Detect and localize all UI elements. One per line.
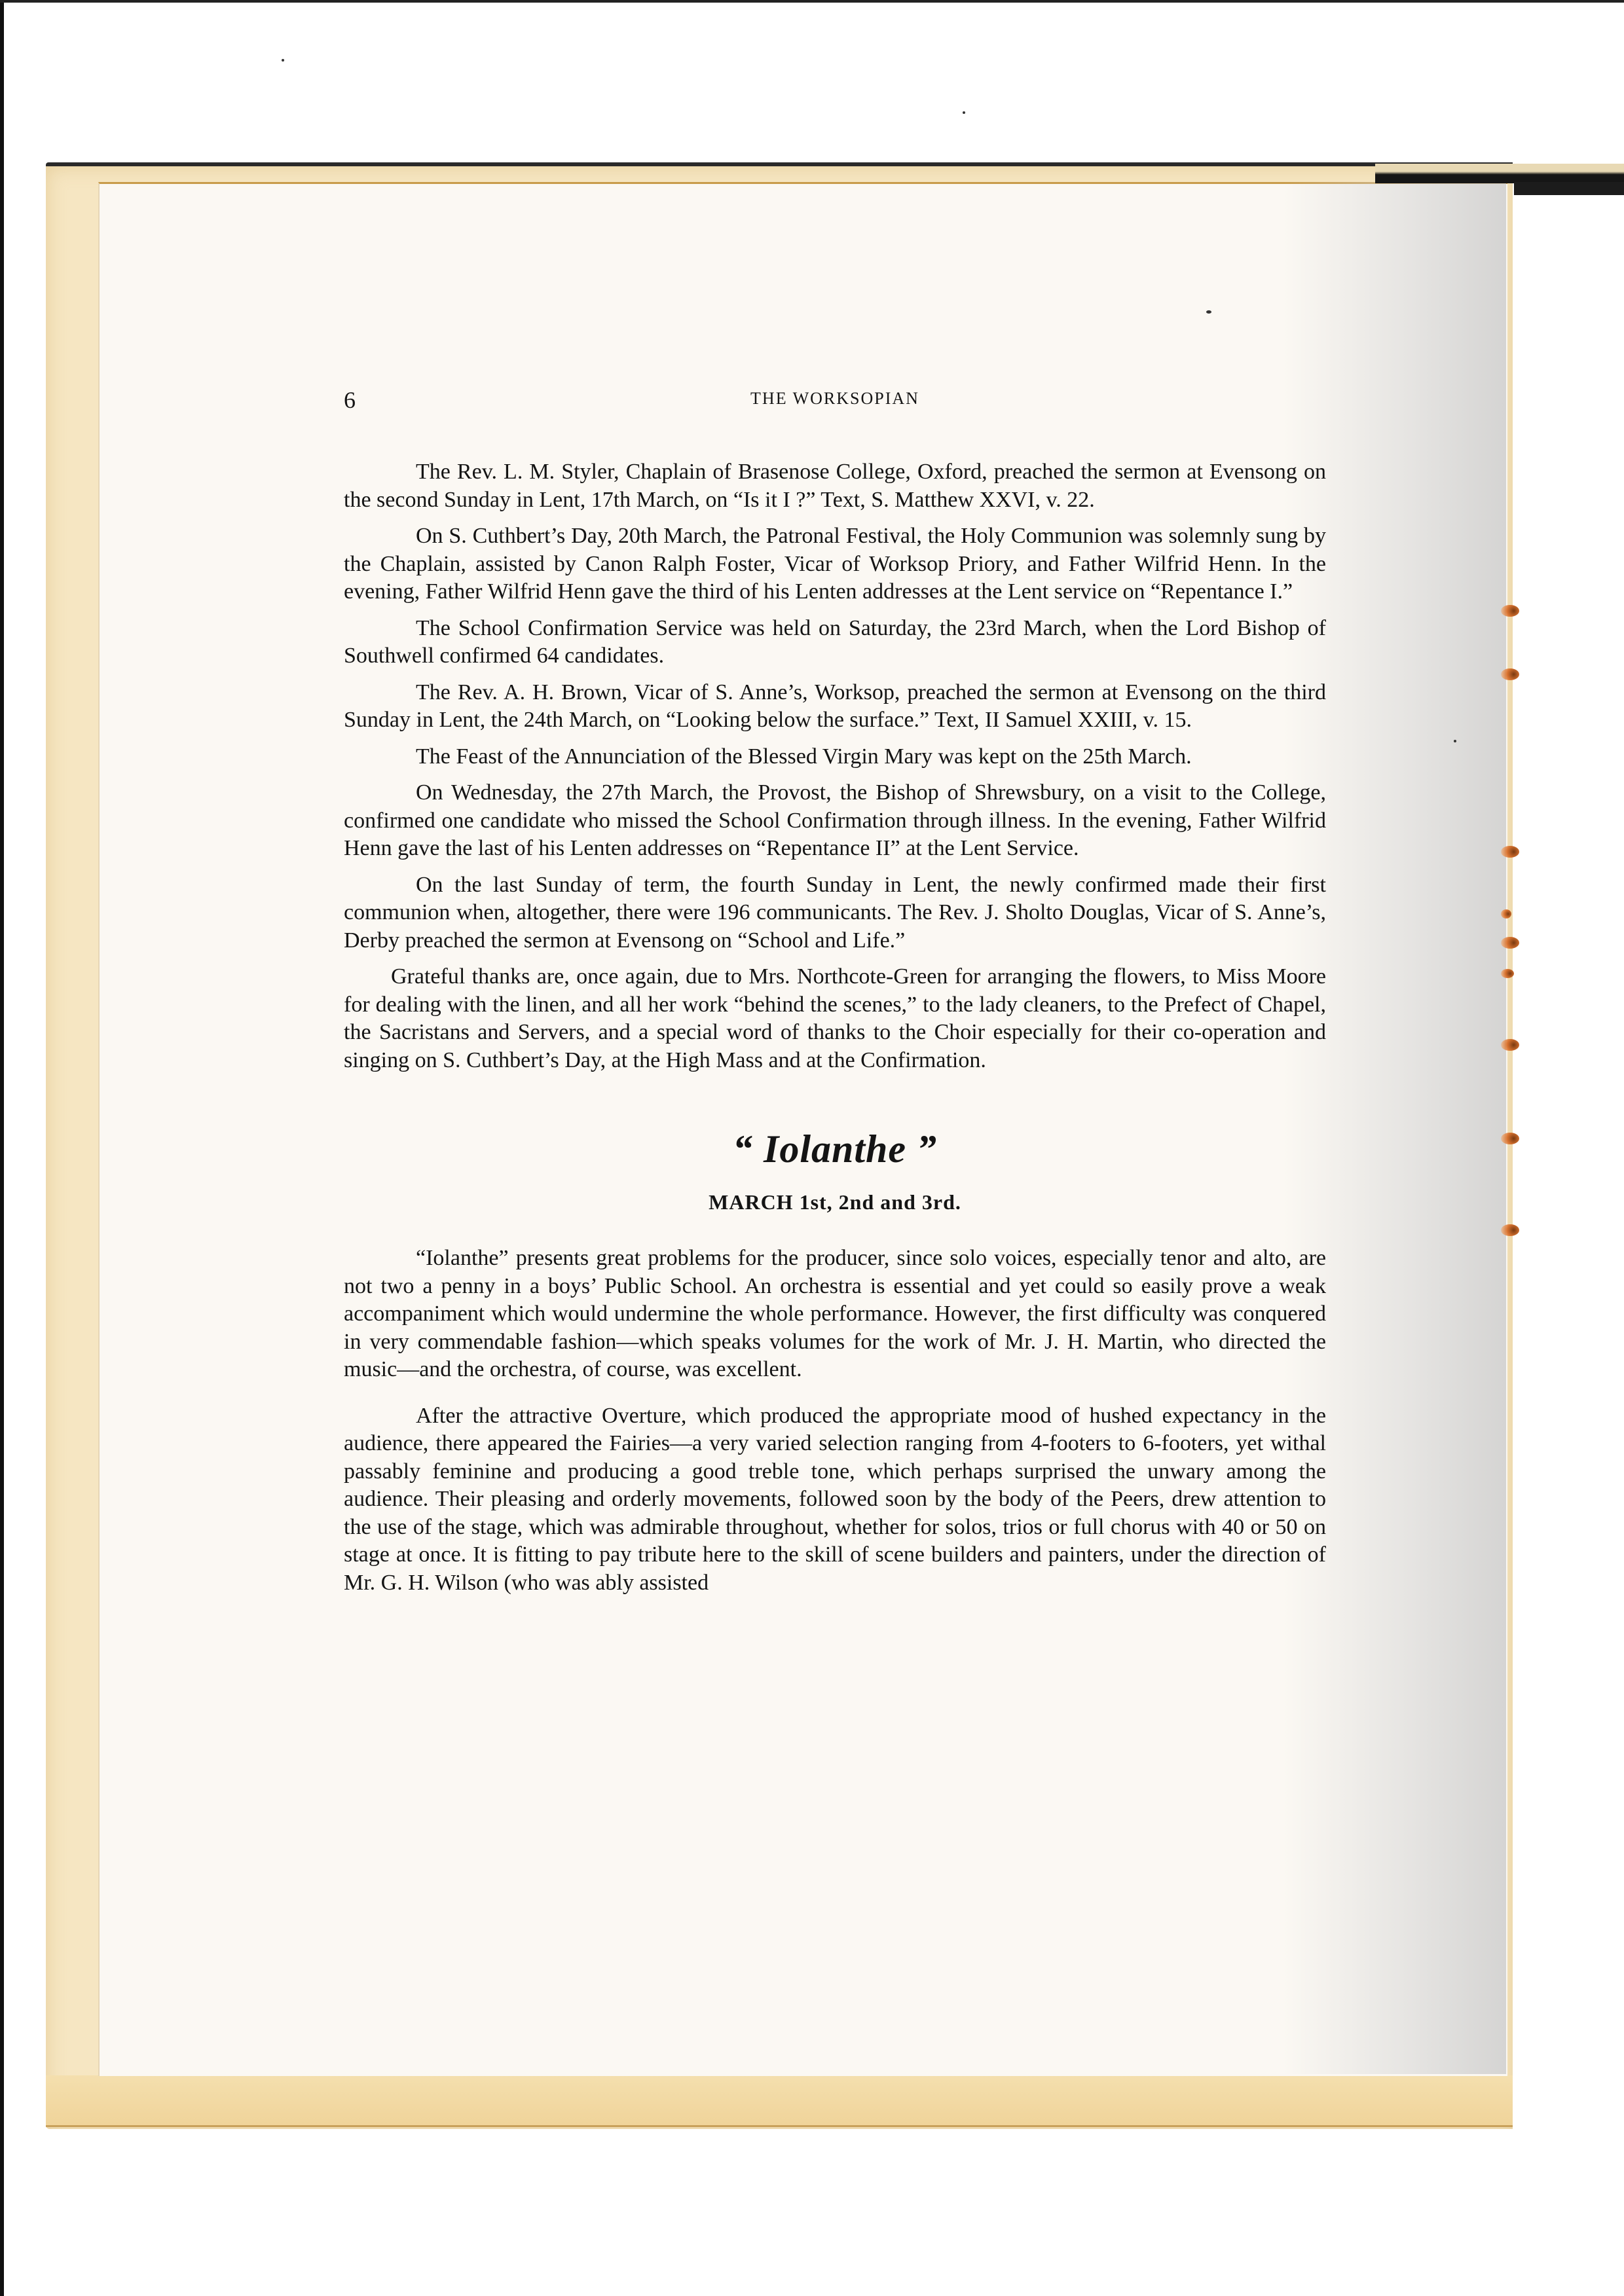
rust-stain	[1501, 846, 1519, 858]
rust-stain	[1501, 605, 1519, 617]
rust-stain	[1501, 937, 1519, 949]
cover-bottom-edge	[46, 2075, 1513, 2127]
chapel-notes: The Rev. L. M. Styler, Chaplain of Brase…	[344, 458, 1326, 1074]
dust-speck	[1206, 310, 1211, 314]
paragraph: “Iolanthe” presents great problems for t…	[344, 1245, 1326, 1384]
rust-stain	[1501, 909, 1511, 919]
rust-stain	[1501, 1133, 1519, 1144]
journal-title: THE WORKSOPIAN	[344, 389, 1326, 409]
paragraph: After the attractive Overture, which pro…	[344, 1402, 1326, 1597]
paragraph: The School Confirmation Service was held…	[344, 615, 1326, 670]
paragraph: On S. Cuthbert’s Day, 20th March, the Pa…	[344, 522, 1326, 606]
paragraph: On the last Sunday of term, the fourth S…	[344, 871, 1326, 955]
binding-edge	[1375, 164, 1624, 183]
scan-edge	[0, 0, 4, 2296]
running-header: 6 THE WORKSOPIAN	[344, 380, 1326, 419]
paragraph: The Rev. L. M. Styler, Chaplain of Brase…	[344, 458, 1326, 514]
rust-stain	[1501, 1224, 1519, 1236]
paragraph: On Wednesday, the 27th March, the Provos…	[344, 779, 1326, 863]
iolanthe-review: “ Iolanthe ” MARCH 1st, 2nd and 3rd. “Io…	[344, 1127, 1326, 1597]
article-content: 6 THE WORKSOPIAN The Rev. L. M. Styler, …	[344, 380, 1326, 1605]
dust-speck	[1454, 740, 1456, 742]
section-title: “ Iolanthe ”	[344, 1127, 1326, 1172]
paragraph: The Rev. A. H. Brown, Vicar of S. Anne’s…	[344, 679, 1326, 735]
section-dates: MARCH 1st, 2nd and 3rd.	[344, 1190, 1326, 1214]
rust-stain	[1501, 1039, 1519, 1051]
facing-page	[1514, 182, 1624, 2133]
paragraph: The Feast of the Annunciation of the Ble…	[344, 743, 1326, 771]
scan-edge-top	[0, 0, 1624, 3]
paragraph: Grateful thanks are, once again, due to …	[344, 963, 1326, 1074]
rust-stain	[1501, 969, 1514, 978]
dust-speck	[282, 59, 284, 62]
dust-speck	[963, 111, 965, 114]
rust-stain	[1501, 668, 1519, 680]
